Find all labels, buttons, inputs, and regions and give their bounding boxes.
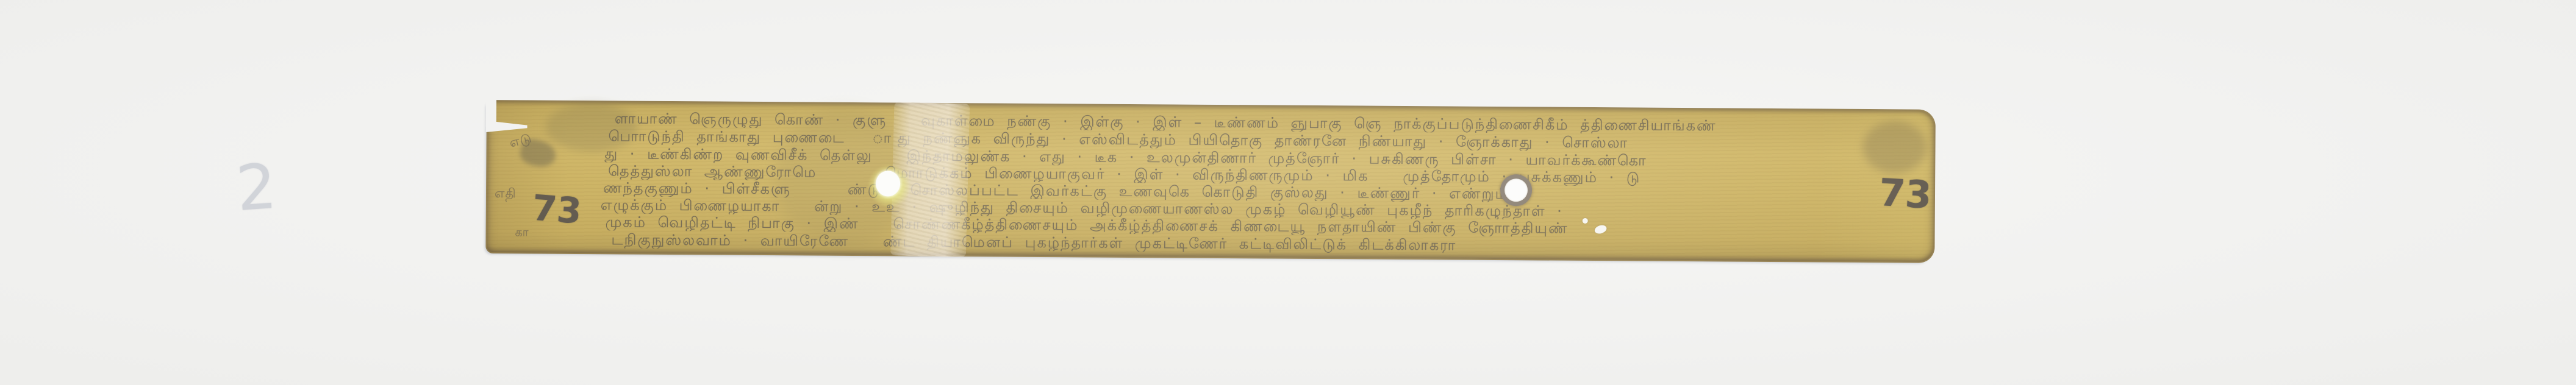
- binding-notch: [486, 121, 528, 132]
- manuscript-photo: 2 ளாயாண் ஞெருழுது கொண் · குளு வுகாள்மை ந…: [0, 0, 2576, 385]
- ink-smudge: [518, 137, 559, 169]
- margin-word-middle: எதி: [495, 186, 517, 202]
- pencil-number: 2: [235, 156, 279, 221]
- palm-leaf: ளாயாண் ஞெருழுது கொண் · குளு வுகாள்மை நண்…: [485, 100, 1936, 263]
- surface-chip: [1583, 218, 1588, 224]
- folio-number-right: 73: [1878, 174, 1933, 214]
- text-block: ளாயாண் ஞெருழுது கொண் · குளு வுகாள்மை நண்…: [607, 102, 1874, 261]
- string-hole-left: [876, 171, 900, 196]
- margin-word-bottom: கா: [515, 225, 529, 241]
- folio-number-left: 73: [531, 190, 583, 229]
- string-hole-right: [1500, 174, 1532, 206]
